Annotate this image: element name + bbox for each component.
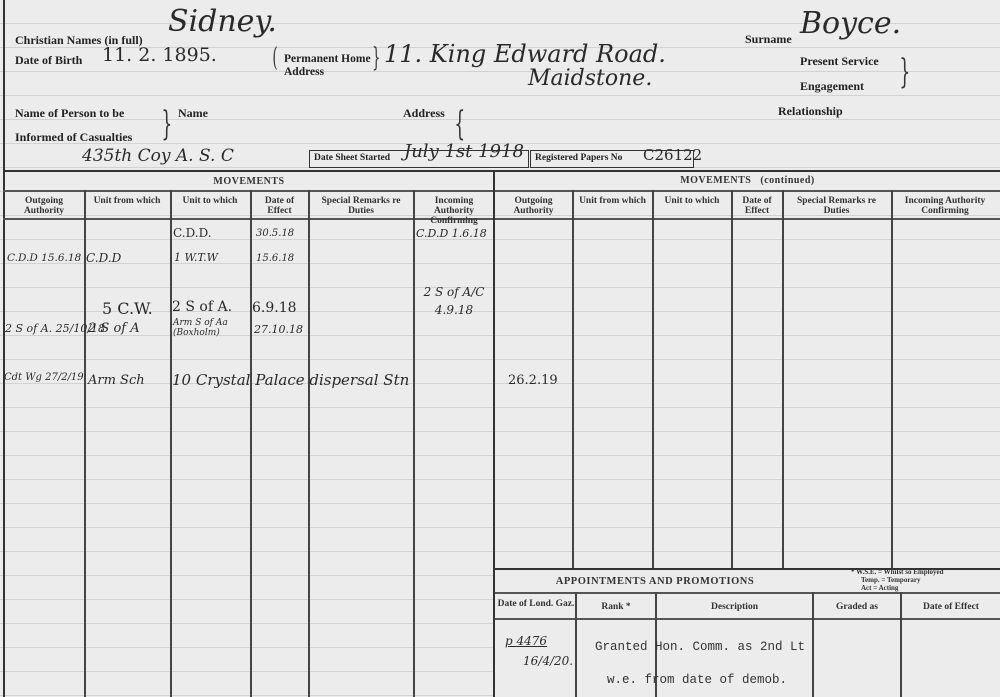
appointments-section: APPOINTMENTS AND PROMOTIONS * W.S.E. = W… [495, 568, 1000, 697]
row4-unit-to: Arm S of Aa (Boxholm) [173, 318, 249, 338]
appt-col-gazette-date: Date of Lond. Gaz. [497, 599, 575, 609]
appointments-title: APPOINTMENTS AND PROMOTIONS [495, 576, 815, 587]
col-cont-outgoing-authority: Outgoing Authority [497, 196, 570, 216]
gazette-date: 16/4/20. [523, 654, 573, 668]
row2-outgoing: C.D.D 15.6.18 [7, 252, 81, 264]
col-incoming-authority: Incoming Authority Confirming [415, 196, 493, 226]
col-divider [652, 190, 654, 568]
row3-unit-from: 5 C.W. [102, 299, 153, 318]
registered-papers-value: C26122 [643, 146, 702, 164]
date-sheet-started-value: July 1st 1918 [404, 141, 524, 162]
header-divider [3, 218, 1000, 220]
col-cont-date-of-effect: Date of Effect [733, 196, 781, 216]
col-cont-incoming-authority: Incoming Authority Confirming [893, 196, 997, 216]
brace: } [161, 104, 172, 144]
col-outgoing-authority: Outgoing Authority [5, 196, 83, 216]
col-unit-to: Unit to which [172, 196, 248, 206]
service-record-sheet: Christian Names (in full) Sidney. Date o… [0, 0, 1000, 697]
legend-line-2: Temp. = Temporary [861, 576, 921, 584]
appt-col-divider [812, 592, 814, 697]
section-divider [3, 190, 1000, 192]
appt-divider [495, 592, 1000, 594]
row4-unit-from: 2 S of A [88, 321, 140, 336]
row2-unit-to: 1 W.T.W [174, 251, 218, 264]
col-divider [782, 190, 784, 568]
movements-continued-title: MOVEMENTS (continued) [495, 175, 1000, 186]
legend-line-1: * W.S.E. = Whilst so Employed [851, 568, 944, 576]
col-divider [731, 190, 733, 568]
col-cont-unit-from: Unit from which [574, 196, 651, 206]
col-divider [84, 190, 86, 697]
permanent-home-line2: Maidstone. [528, 66, 652, 91]
date-sheet-started-box: Date Sheet Started July 1st 1918 [309, 150, 529, 168]
row3-date: 6.9.18 [252, 300, 297, 316]
col-divider [891, 190, 893, 568]
col-date-of-effect: Date of Effect [252, 196, 307, 216]
registered-papers-label: Registered Papers No [535, 153, 622, 163]
row5-incoming: 26.2.19 [508, 373, 558, 388]
row5-unit-from: Arm Sch [88, 373, 145, 388]
col-divider [572, 190, 574, 568]
row5-outgoing: Cdt Wg 27/2/19 [4, 372, 84, 383]
brace: { [454, 104, 465, 144]
unit-note: 435th Coy A. S. C [82, 146, 234, 166]
surname-value: Boyce. [800, 6, 901, 41]
nok-label-line1: Name of Person to be [15, 106, 124, 121]
permanent-home-line1: 11. King Edward Road. [384, 40, 666, 68]
row3-unit-to: 2 S of A. [172, 299, 232, 315]
registered-papers-box: Registered Papers No C26122 [530, 150, 694, 168]
nok-label-line2: Informed of Casualties [15, 130, 132, 145]
engagement-label: Engagement [800, 79, 864, 94]
col-cont-unit-to: Unit to which [654, 196, 730, 206]
appointment-text-line1: Granted Hon. Comm. as 2nd Lt [595, 640, 805, 654]
row2-unit-from: C.D.D [86, 251, 121, 265]
left-border [3, 0, 5, 697]
movements-continued-subtitle: (continued) [760, 175, 814, 186]
movements-continued-label: MOVEMENTS [680, 175, 751, 186]
row1-incoming: C.D.D 1.6.18 [416, 227, 487, 240]
dob-value: 11. 2. 1895. [102, 44, 217, 66]
appt-col-description: Description [657, 602, 812, 612]
row2-date: 15.6.18 [256, 253, 294, 264]
christian-names-value: Sidney. [168, 4, 277, 39]
movements-title: MOVEMENTS [5, 176, 493, 187]
row3-incoming: 2 S of A/C 4.9.18 [416, 283, 492, 319]
row5-unit-to: 10 Crystal Palace dispersal Stn [172, 371, 409, 389]
legend-line-3: Act = Acting [861, 584, 898, 592]
row4-date: 27.10.18 [254, 323, 303, 336]
dob-label: Date of Birth [15, 53, 82, 68]
appt-col-date-of-effect: Date of Effect [902, 602, 1000, 612]
nok-address-label: Address [403, 106, 445, 121]
appt-col-divider [575, 592, 577, 697]
col-divider [250, 190, 252, 697]
col-special-remarks: Special Remarks re Duties [310, 196, 412, 216]
table-top-border [3, 170, 1000, 172]
date-sheet-started-label: Date Sheet Started [314, 153, 390, 163]
brace: ( [273, 43, 278, 73]
col-divider [308, 190, 310, 697]
row1-date: 30.5.18 [256, 228, 294, 239]
present-service-label: Present Service [800, 54, 879, 69]
appt-col-graded-as: Graded as [814, 602, 900, 612]
col-divider [170, 190, 172, 697]
relationship-label: Relationship [778, 104, 843, 119]
gazette-ref: p 4476 [505, 634, 547, 648]
brace: } [899, 52, 910, 92]
appt-header-divider [495, 618, 1000, 620]
brace: } [372, 43, 380, 73]
col-cont-special-remarks: Special Remarks re Duties [784, 196, 889, 216]
col-unit-from: Unit from which [86, 196, 168, 206]
appt-col-rank: Rank * [577, 602, 655, 612]
surname-label: Surname [745, 32, 792, 47]
address-label: Address [284, 66, 324, 78]
permanent-home-label: Permanent Home [284, 53, 371, 65]
nok-name-label: Name [178, 106, 208, 121]
row1-unit-to: C.D.D. [173, 226, 212, 240]
appt-col-divider [900, 592, 902, 697]
col-divider [413, 190, 415, 697]
appointment-text-line2: w.e. from date of demob. [607, 673, 787, 687]
